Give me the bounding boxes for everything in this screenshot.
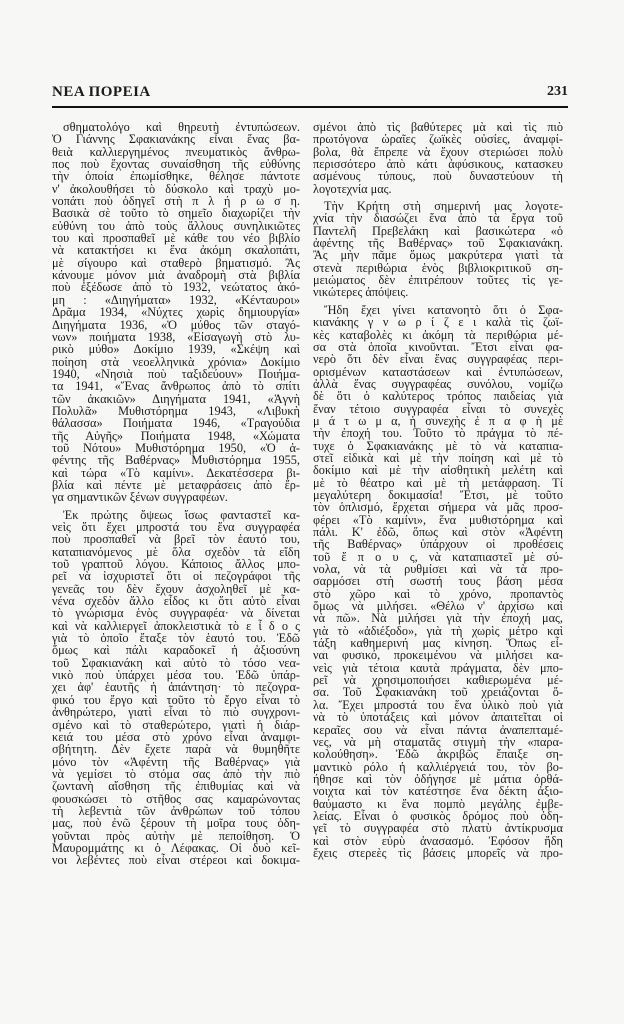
right-column: σμένοι ἀπὸ τὶς βαθύτερες μὰ καὶ τὶς πιὸπ… [313,121,563,859]
text-line: νοιχτα καὶ τὸν κατέστησε ἕνα δέκτη ἀξιο- [313,785,563,797]
text-line: νὰ κατακτήσει κι ἕνα ἀκόμη σκαλοπάτι, [52,244,300,256]
page-number: 231 [547,84,568,100]
text-line: κεραῖες σου νὰ εἶναι πάντα ἀναπεπταμέ- [313,724,563,736]
text-line: Ὁ Γιάννης Σφακιανάκης εἶναι ἕνας βα- [52,133,300,145]
text-line: κὲς καταβολὲς κι ἀκόμη τὰ περιθώρια μέ- [313,329,563,341]
header-rule [52,106,568,108]
text-line: τὴν ὁποία ἐπωμίσθηκε, θέλησε πάντοτε [52,170,300,182]
text-line: δὲ ὅτι ὁ καλύτερος τρόπος παιδείας γιὰ [313,390,563,402]
text-line: μας, ποὺ ἐνῶ ξέρουν τὴ μοῖρα τους ὁδη- [52,817,300,829]
text-line: ρεῖ νὰ ἰσχυριστεῖ ὅτι οἱ πεζογράφοι τῆς [52,570,300,582]
text-line: σα. Τοῦ Σφακιανάκη τοῦ χρειάζονται ὅ- [313,686,563,698]
text-line: ρικὸ μύθο» Δοκίμιο 1939, «Σκέψη καὶ [52,343,300,355]
text-line: κολούθηση». Ἐδῶ ἀκριβῶς ἔπαιξε ση- [313,748,563,760]
running-header: ΝΕΑ ΠΟΡΕΙΑ 231 [52,84,568,104]
paragraph: Ἐκ πρώτης ὄψεως ἴσως φανταστεῖ κα-νεὶς ὅ… [52,509,300,867]
text-line: ασμένους τύπους, ποὺ δυναστεύουν τὴ [313,170,563,182]
paragraph: Τὴν Κρήτη στὴ σημερινή μας λογοτε-χνία τ… [313,200,563,299]
text-line: θάλασσα» Ποιήματα 1946, «Τραγούδια [52,417,300,429]
text-line: ναι φυσικό, προκειμένου νὰ μιλήσει κα- [313,649,563,661]
paragraph: σθηματολόγο καὶ θηρευτὴ ἐντυπώσεων.Ὁ Γιά… [52,121,300,504]
text-line: τὸ γνώρισμα ἑνὸς συγγραφέα· νὰ δίνεται [52,607,300,619]
text-line: Βασικὰ σὲ τοῦτο τὸ σημεῖο διαχωρίζει τὴν [52,207,300,219]
text-line: σμένο καὶ τὸ σταθερώτερο, γιατὶ ἡ διάρ- [52,719,300,731]
paragraph: σμένοι ἀπὸ τὶς βαθύτερες μὰ καὶ τὶς πιὸπ… [313,121,563,195]
text-line: Δρᾶμα 1934, «Νύχτες χωρὶς δημιουργία» [52,306,300,318]
text-line: τα 1941, «Ἕνας ἄνθρωπος ἀπὸ τὸ σπίτι [52,380,300,392]
journal-title: ΝΕΑ ΠΟΡΕΙΑ [52,84,151,101]
text-line: ποὺ ἐξέδωσε ἀπὸ τὸ 1932, νεώτατος ἀκό- [52,281,300,293]
text-line: νικώτερες ἀπόψεις. [313,286,563,298]
text-line: χνία τὴν διασώζει ἕνα ἀπὸ τὰ ἔργα τοῦ [313,212,563,224]
text-line: ποὺ προσπαθεῖ νὰ βρεῖ τὸν ἑαυτό του, [52,533,300,545]
text-line: νὰ πῶ». Νὰ μιλήσει γιὰ τὴν ἐποχή μας, [313,612,563,624]
text-line: σαρμόσει στὴ σωστή τους βάση μέσα [313,575,563,587]
text-line: νοι λεβέντες ποὺ εἶναι στέρεοι καὶ δοκιμ… [52,854,300,866]
text-line: γα σημαντικῶν ξένων συγγραφέων. [52,491,300,503]
text-line: νερὸ ὅτι δὲν εἶναι ἕνας συγγραφέας περι- [313,353,563,365]
text-line: δοκίμιο καὶ μὲ τὴν αἰσθητικὴ μελέτη καὶ [313,464,563,476]
text-line: τῆς Βαθέρνας» ὑπάρχουν οἱ προθέσεις [313,538,563,550]
text-line: σβήτητη. Δὲν ἔχετε παρὰ νὰ θυμηθῆτε [52,743,300,755]
text-line: πρωτόγονα ὡραῖες ζωϊκὲς οὐσίες, ἀναμφί- [313,133,563,145]
text-line: χει ἀφ' ἑαυτῆς ἡ ἀπάντηση· τὸ πεζογρα- [52,681,300,693]
paragraph: Ἤδη ἔχει γίνει κατανοητὸ ὅτι ὁ Σφα-κιανά… [313,304,563,859]
text-line: κιανάκης γ ν ω ρ ί ζ ε ι καλὰ τὶς ζωϊ- [313,316,563,328]
left-column: σθηματολόγο καὶ θηρευτὴ ἐντυπώσεων.Ὁ Γιά… [52,121,300,867]
text-line: λογοτεχνία μας. [313,183,563,195]
text-line: ὅμως καὶ πάλι καραδοκεῖ ἡ ἀξιοσύνη [52,644,300,656]
text-line: Ἂς μὴν πᾶμε ὅμως μακρύτερα γιατὶ τὰ [313,249,563,261]
text-line: ζωντανὴ αἴσθηση τῆς ἐπιθυμίας καὶ νὰ [52,780,300,792]
text-line: τὸν ὁπλισμό, ἔρχεται σήμερα νὰ μᾶς προσ- [313,501,563,513]
text-line: φέντης τῆς Βαθέρνας» Μυθιστόρημα 1955, [52,454,300,466]
text-line: νὰ τὸ ὑποτάξεις καὶ μόνον ἀπαιτεῖται οἱ [313,711,563,723]
text-line: Διηγήματα 1936, «Ὁ μύθος τῶν σταγό- [52,319,300,331]
text-line: τὴν ἐποχή του. Τοῦτο τὸ πράγμα τὸ πέ- [313,427,563,439]
text-line: ἀνθηρώτερο, γιατὶ εἶναι τὸ πιὸ συγχρονι- [52,706,300,718]
text-line: γεῖ τὸ συγγραφέα στὸ πλατὺ ἀντίκρυσμα [313,822,563,834]
text-line: ἔχεις στερεὲς τὶς βάσεις μπορεῖς νὰ προ- [313,847,563,859]
